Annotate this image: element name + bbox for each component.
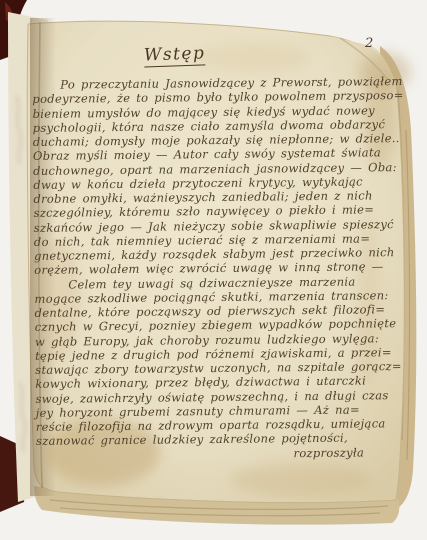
page-number: 2 [365,36,373,51]
title-row: Wstęp [32,42,398,72]
section-title: Wstęp [144,43,206,67]
book-photo: Wstęp Po przeczytaniu Jasnowidzącey z Pr… [0,0,427,540]
handwritten-text-block: Wstęp Po przeczytaniu Jasnowidzącey z Pr… [32,42,402,463]
